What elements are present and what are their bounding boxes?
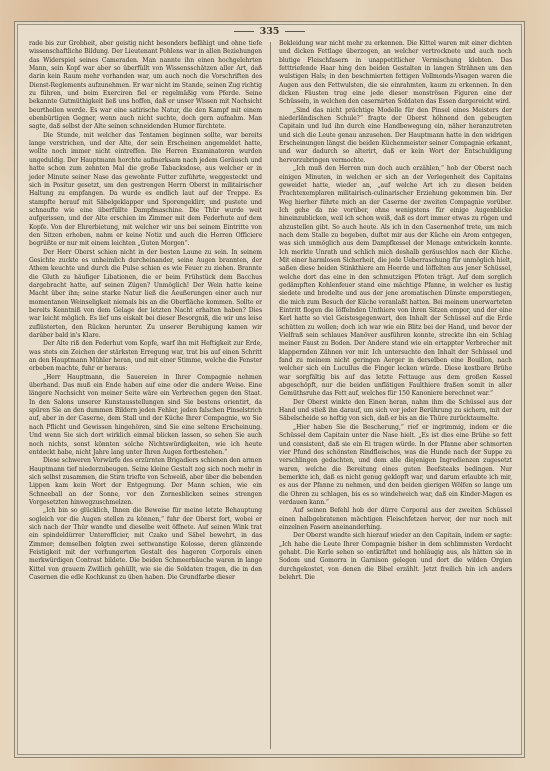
text-columns: rade bis zur Grobheit, aber geistig nich… bbox=[25, 40, 516, 751]
page-frame: 335 rade bis zur Grobheit, aber geistig … bbox=[14, 21, 525, 758]
paragraph: „Hier haben Sie die Bescherung,“ rief er… bbox=[279, 424, 512, 507]
paragraph: Die Stunde, mit welcher das Tentamen beg… bbox=[29, 132, 262, 249]
paragraph: „Ich bin so glücklich, Ihnen die Beweise… bbox=[29, 507, 262, 582]
paragraph: „Herr Hauptmann, die Sauereien in Ihrer … bbox=[29, 374, 262, 457]
paragraph: Der Alte riß den Federhut vom Kopfe, war… bbox=[29, 340, 262, 373]
header-rule-left bbox=[234, 31, 254, 32]
paragraph: „Ich muß den Herren nun doch auch erzähl… bbox=[279, 165, 512, 399]
paragraph: „Sind das nicht prächtige Modelle für de… bbox=[279, 107, 512, 165]
header-rule-right bbox=[285, 31, 305, 32]
paragraph: Diese schweren Vorwürfe des erzürnten Br… bbox=[29, 457, 262, 507]
paragraph: Der Oberst wandte sich hierauf wieder an… bbox=[279, 532, 512, 582]
page-header: 335 bbox=[15, 26, 524, 38]
right-column: Bekleidung war nicht mehr zu erkennen. D… bbox=[275, 40, 516, 751]
page-number: 335 bbox=[260, 26, 280, 37]
paragraph: Bekleidung war nicht mehr zu erkennen. D… bbox=[279, 40, 512, 107]
column-divider bbox=[270, 42, 271, 749]
paragraph: rade bis zur Grobheit, aber geistig nich… bbox=[29, 40, 262, 132]
paragraph: Der Oberst winkte den Einen heran, nahm … bbox=[279, 399, 512, 424]
left-column: rade bis zur Grobheit, aber geistig nich… bbox=[25, 40, 266, 751]
paragraph: Der Herr Oberst schien nicht in der best… bbox=[29, 249, 262, 341]
paragraph: Auf seinen Befehl hob der dürre Corporal… bbox=[279, 507, 512, 532]
